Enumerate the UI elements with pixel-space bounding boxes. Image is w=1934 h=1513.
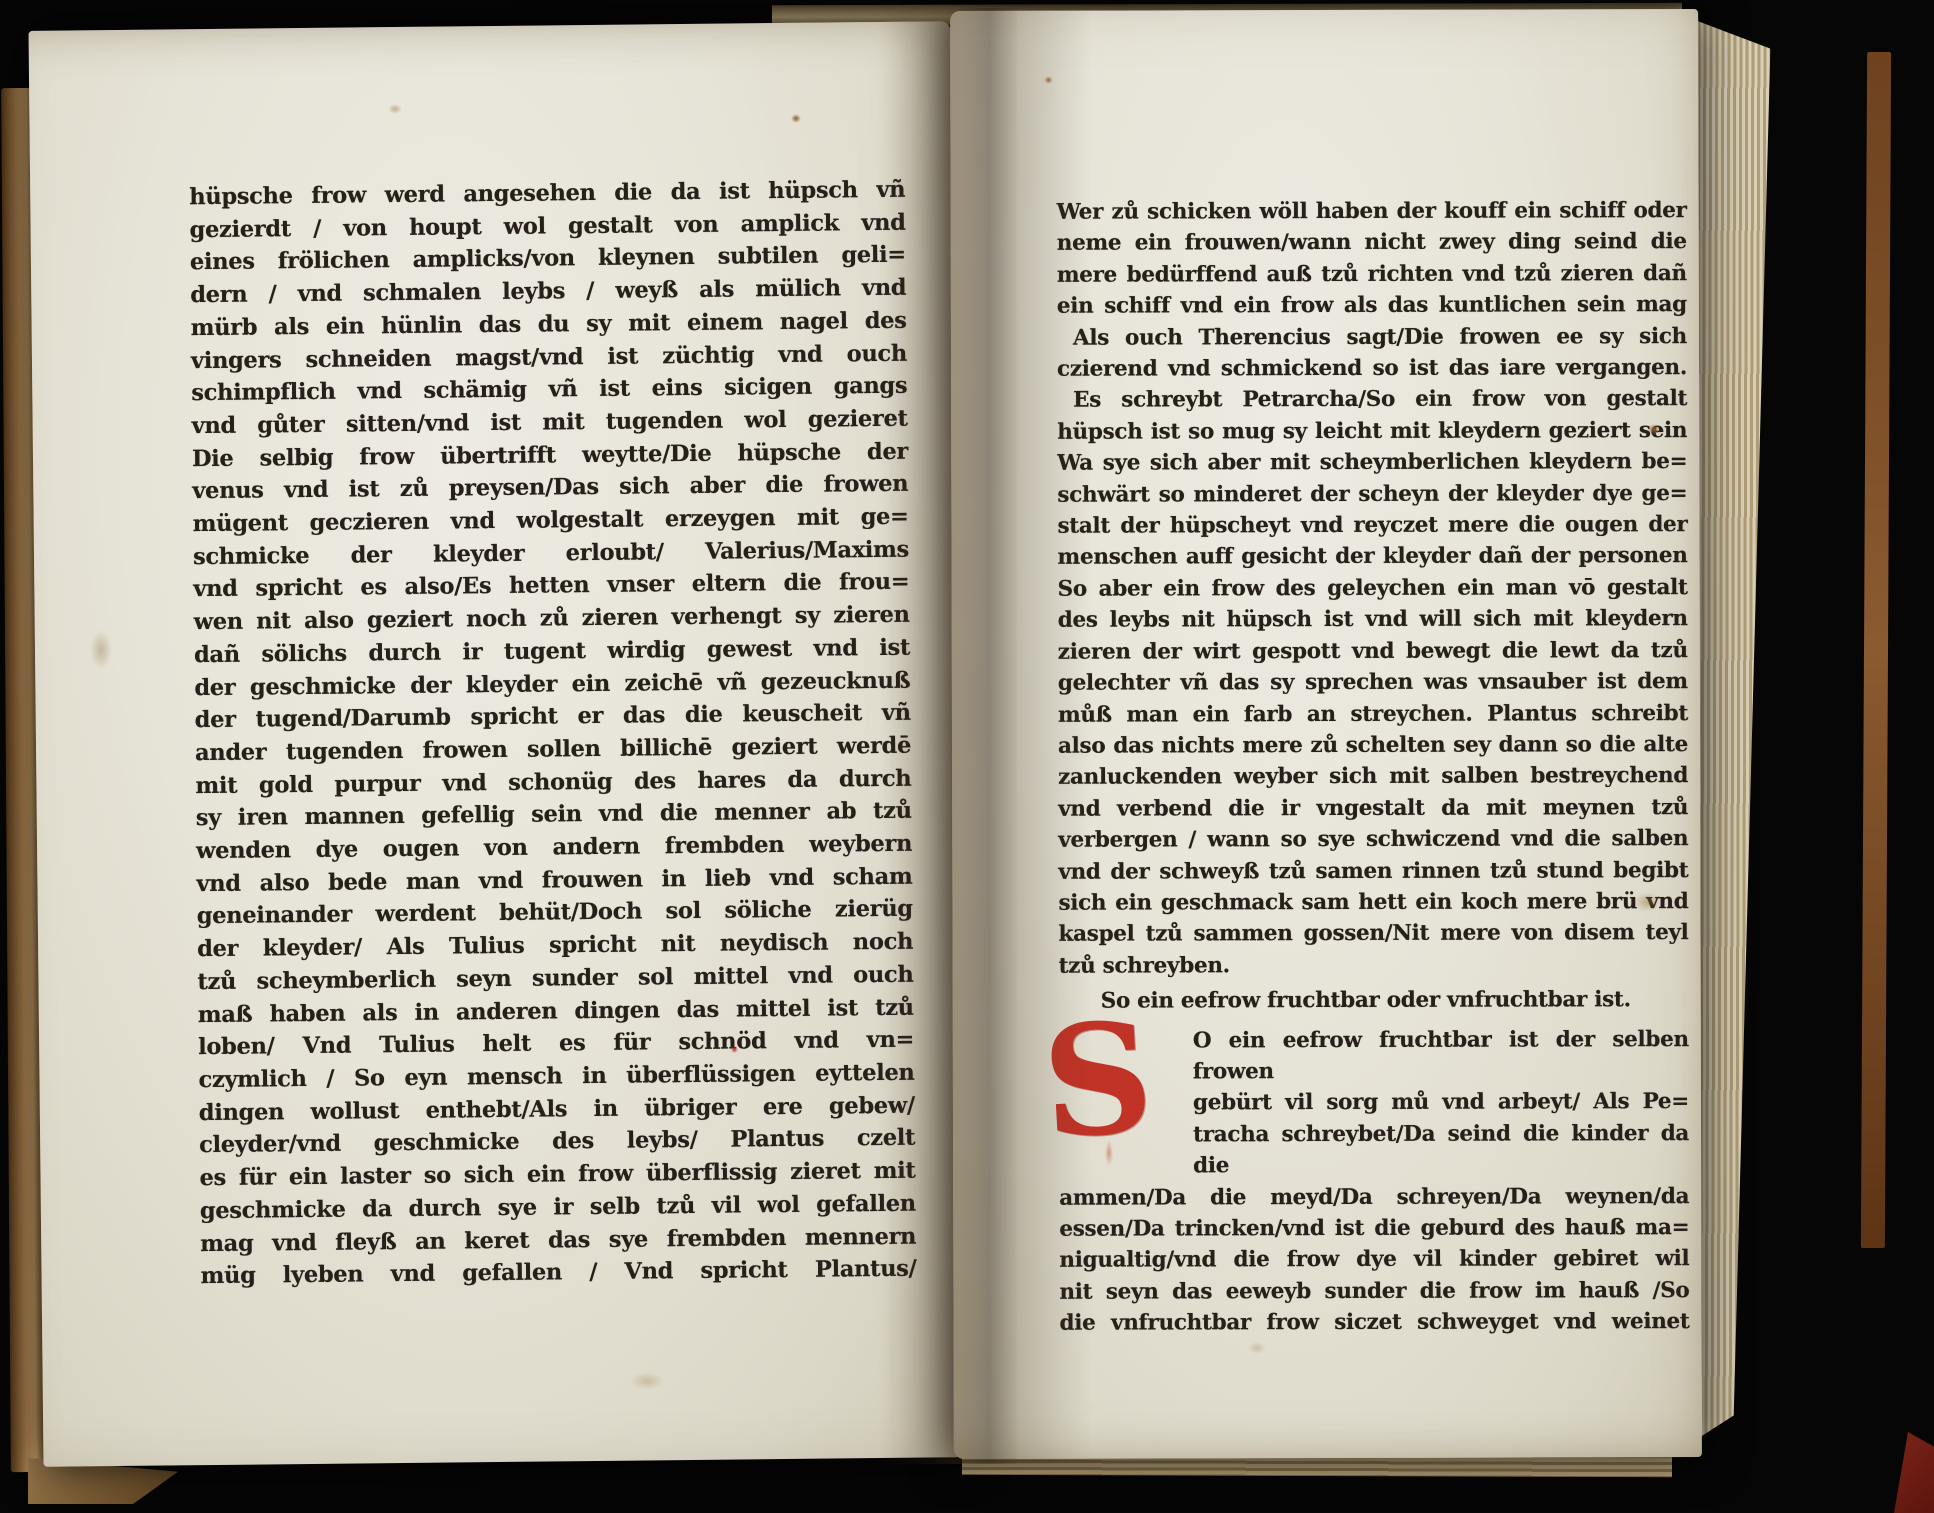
text-line: nit seyn das eeweyb sunder die frow im h… xyxy=(1059,1275,1689,1308)
paragraph: Als ouch Therencius sagt/Die frowen ee s… xyxy=(1057,321,1687,385)
text-line: vnd verbend die ir vngestalt da mit meyn… xyxy=(1058,792,1688,825)
text-line: mere bedürffend auß tzů richten vnd tzů … xyxy=(1057,258,1687,291)
text-line: müg lyeben vnd gefallen / Vnd spricht Pl… xyxy=(200,1253,916,1293)
right-page: Wer zů schicken wöll haben der kouff ein… xyxy=(950,9,1702,1459)
text-line: O ein eefrow fruchtbar ist der selben fr… xyxy=(1193,1024,1689,1088)
paragraph: Wer zů schicken wöll haben der kouff ein… xyxy=(1057,195,1687,322)
red-lombard-initial: S xyxy=(1040,1019,1186,1139)
text-line: Es schreybt Petrarcha/So ein frow von ge… xyxy=(1057,383,1687,416)
text-line: ammen/Da die meyd/Da schreyen/Da weynen/… xyxy=(1059,1181,1689,1214)
text-line: kaspel tzů sammen gossen/Nit mere von di… xyxy=(1058,917,1688,950)
text-line: zieren der wirt gespott vnd bewegt die l… xyxy=(1058,635,1688,668)
text-line: die vnfruchtbar frow siczet schweyget vn… xyxy=(1060,1306,1690,1339)
bottom-right-cover-corner xyxy=(1894,1432,1934,1513)
text-line: tzů schreyben. xyxy=(1059,949,1689,982)
text-line: neme ein frouwen/wann nicht zwey ding se… xyxy=(1057,226,1687,259)
text-line: stalt der hüpscheyt vnd reyczet mere die… xyxy=(1057,509,1687,542)
fore-edge-page-stack xyxy=(1690,20,1771,1444)
text-line: sich ein geschmack sam hett ein koch mer… xyxy=(1058,886,1688,919)
text-line: hüpsch ist so mug sy leicht mit kleydern… xyxy=(1057,415,1687,448)
book-photo: hüpsche frow werd angesehen die da ist h… xyxy=(0,0,1934,1513)
text-line: des leybs nit hüpsch ist vnd will sich m… xyxy=(1058,603,1688,636)
text-line: ein schiff vnd ein frow als das kuntlich… xyxy=(1057,289,1687,322)
text-line: gebürt vil sorg mů vnd arbeyt/ Als Pe= xyxy=(1193,1086,1689,1119)
text-line: Als ouch Therencius sagt/Die frowen ee s… xyxy=(1057,321,1687,354)
text-line: můß man ein farb an streychen. Plantus s… xyxy=(1058,698,1688,731)
right-page-text-block: Wer zů schicken wöll haben der kouff ein… xyxy=(1057,195,1690,1339)
text-line: tracha schreybet/Da seind die kinder da … xyxy=(1193,1118,1689,1182)
text-line: menschen auff gesicht der kleyder dañ de… xyxy=(1057,541,1687,574)
text-line: So aber ein frow des geleychen ein man v… xyxy=(1058,572,1688,605)
text-line: verbergen / wann so sye schwiczend vnd d… xyxy=(1058,823,1688,856)
text-line: also das nichts mere zů schelten sey dan… xyxy=(1058,729,1688,762)
text-line: nigualtig/vnd die frow dye vil kinder ge… xyxy=(1059,1243,1689,1276)
text-line: vnd der schweyß tzů samen rinnen tzů stu… xyxy=(1058,855,1688,888)
section-heading: So ein eefrow fruchtbar oder vnfruchtbar… xyxy=(1101,984,1689,1017)
text-line: Wer zů schicken wöll haben der kouff ein… xyxy=(1057,195,1687,228)
text-line: czierend vnd schmickend so ist das iare … xyxy=(1057,352,1687,385)
right-board-edge xyxy=(1861,52,1891,1248)
left-page: hüpsche frow werd angesehen die da ist h… xyxy=(29,21,966,1467)
text-line: Wa sye sich aber mit scheymberlichen kle… xyxy=(1057,446,1687,479)
text-line: essen/Da trincken/vnd ist die geburd des… xyxy=(1059,1212,1689,1245)
paragraph: Es schreybt Petrarcha/So ein frow von ge… xyxy=(1057,383,1689,981)
paragraph-with-initial: S O ein eefrow fruchtbar ist der selben … xyxy=(1059,1024,1690,1340)
text-line: schwärt so minderet der scheyn der kleyd… xyxy=(1057,478,1687,511)
left-page-text-block: hüpsche frow werd angesehen die da ist h… xyxy=(189,174,917,1293)
text-line: gelechter vñ das sy sprechen was vnsaube… xyxy=(1058,666,1688,699)
text-line: zanluckenden weyber sich mit salben best… xyxy=(1058,760,1688,793)
